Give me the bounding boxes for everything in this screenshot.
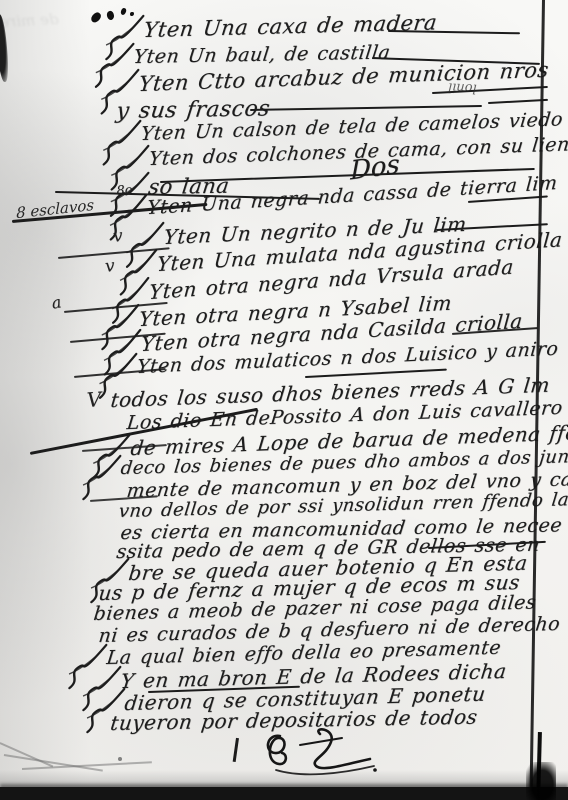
- margin-check-mark: V: [86, 387, 102, 412]
- margin-check-mark: v: [104, 256, 116, 277]
- scan-edge-band: [0, 787, 568, 800]
- inverted-margin-note: lonil: [448, 79, 477, 95]
- ink-speck: [497, 186, 500, 189]
- margin-check-mark: v: [112, 226, 124, 247]
- margin-check-mark: 8o: [116, 183, 133, 199]
- rubric-flourish: [258, 724, 388, 782]
- margin-marks-layer: vvaV8o: [0, 0, 568, 800]
- manuscript-page: Yten Ctto arcabuz de municion nrosYten U…: [0, 0, 568, 800]
- ink-blob-bottom-right: [526, 762, 556, 800]
- margin-check-mark: a: [50, 292, 63, 312]
- ink-speck: [118, 757, 122, 761]
